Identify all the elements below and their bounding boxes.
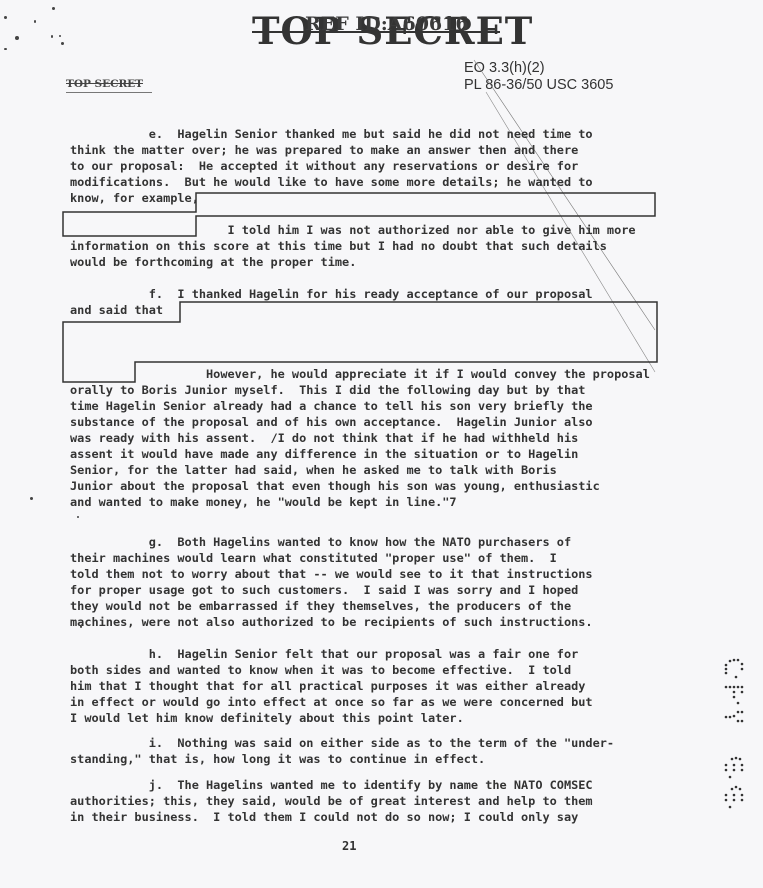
paragraph-g-line: machines, were not also authorized to be… [70, 614, 593, 630]
paragraph-j-line: authorities; this, they said, would be o… [70, 793, 593, 809]
page-number: 21 [342, 839, 356, 853]
paragraph-j-line: in their business. I told them I could n… [70, 809, 578, 825]
paragraph-h-line: in effect or would go into effect at onc… [70, 694, 593, 710]
scan-speck [30, 497, 33, 500]
paragraph-g-line: told them not to worry about that -- we … [70, 566, 593, 582]
paragraph-i-line: standing," that is, how long it was to c… [70, 751, 485, 767]
scan-speck [80, 625, 82, 628]
paragraph-i-line: i. Nothing was said on either side as to… [70, 735, 614, 751]
paragraph-g-line: they would not be embarrassed if they th… [70, 598, 571, 614]
paragraph-h-line: I would let him know definitely about th… [70, 710, 464, 726]
paragraph-j-line: j. The Hagelins wanted me to identify by… [70, 777, 593, 793]
paragraph-g-line: g. Both Hagelins wanted to know how the … [70, 534, 571, 550]
paragraph-g-line: for proper usage got to such customers. … [70, 582, 578, 598]
paragraph-h-line: both sides and wanted to know when it wa… [70, 662, 571, 678]
scan-speck [77, 516, 79, 518]
perforation-stamp [718, 655, 763, 830]
paragraph-g-line: their machines would learn what constitu… [70, 550, 557, 566]
paragraph-h-line: him that I thought that for all practica… [70, 678, 585, 694]
paragraph-h-line: h. Hagelin Senior felt that our proposal… [70, 646, 578, 662]
